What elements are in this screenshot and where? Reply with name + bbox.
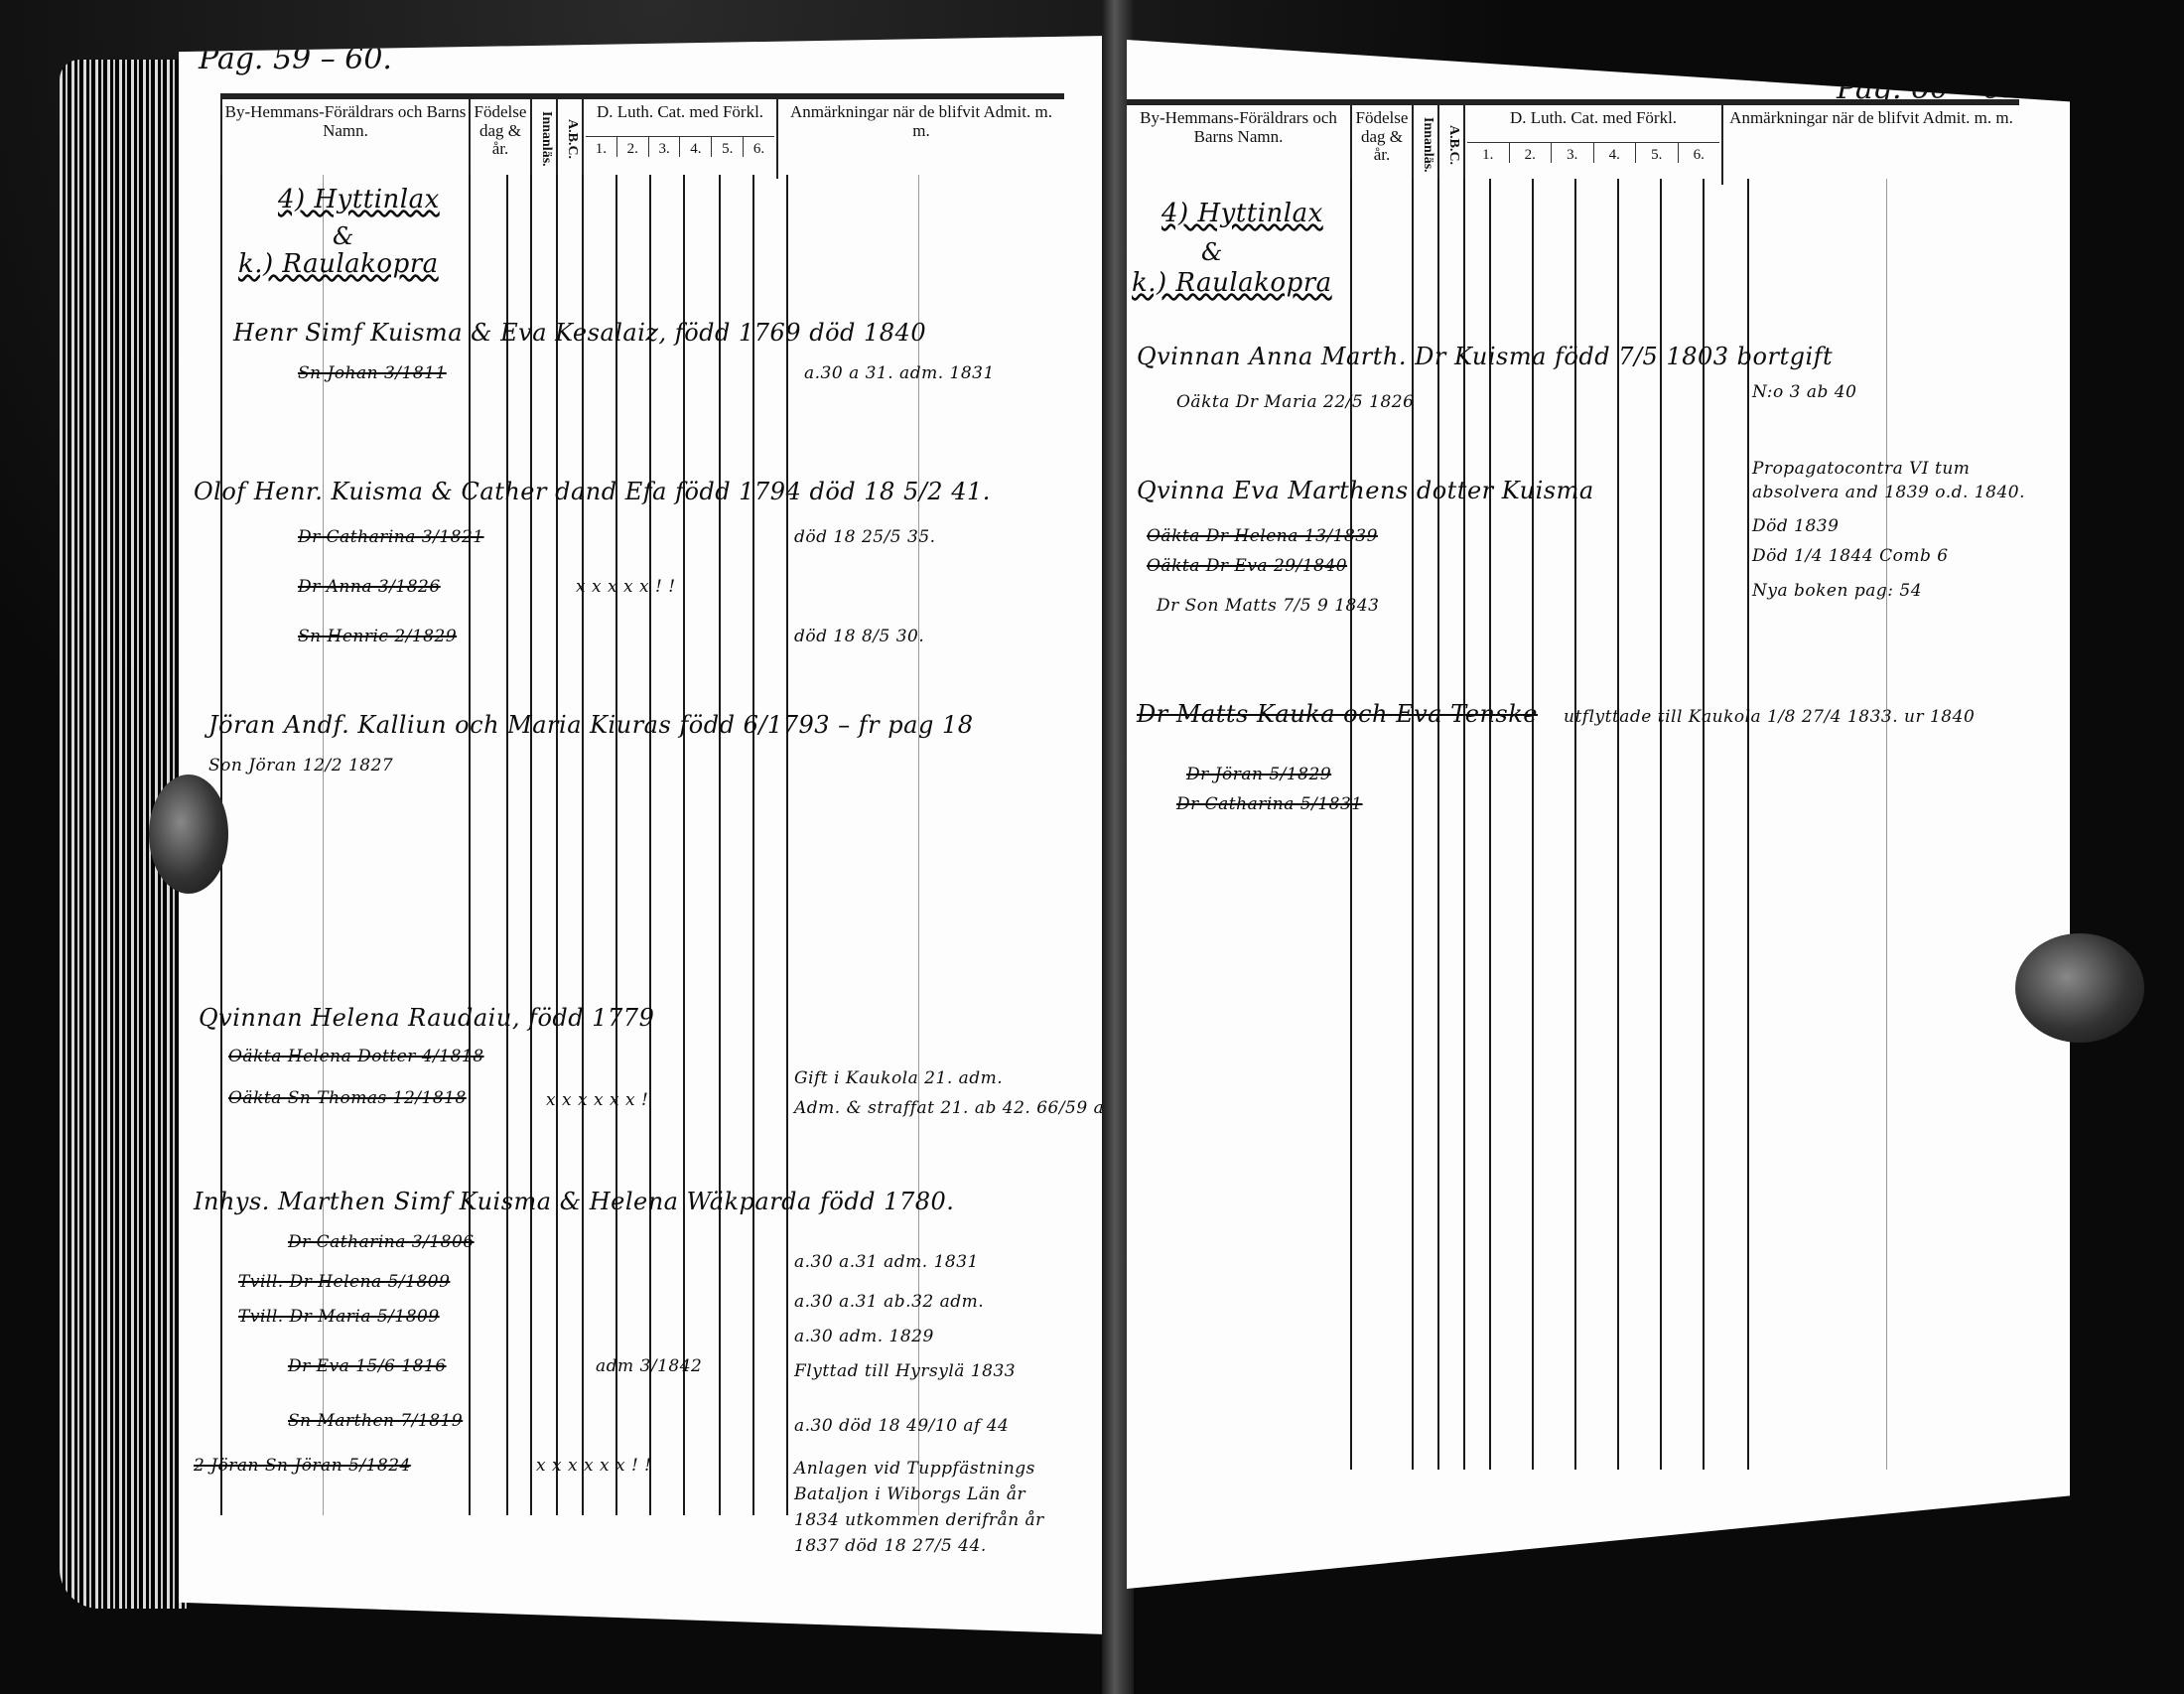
- right-header-row: By-Hemmans-Föräldrars och Barns Namn. Fö…: [1127, 99, 2019, 185]
- register-entry: Tvill. Dr Maria 5/1809: [238, 1307, 440, 1327]
- register-entry: Dr Son Matts 7/5 9 1843: [1157, 596, 1379, 616]
- entry-remark: Adm. & straffat 21. ab 42. 66/59 af 40 i…: [794, 1098, 1107, 1118]
- register-entry: Sn Henric 2/1829: [298, 627, 457, 646]
- entry-remark: Död 1/4 1844 Comb 6: [1752, 546, 1949, 566]
- column-rule: [752, 175, 754, 1515]
- column-rule: [506, 175, 508, 1515]
- column-rule: [1747, 179, 1749, 1470]
- column-rule: [786, 175, 788, 1515]
- register-entry: Qvinna Eva Marthens dotter Kuisma: [1137, 477, 1594, 504]
- cat-num-2: 2.: [1509, 143, 1552, 164]
- column-rule: [1574, 179, 1576, 1470]
- catechism-label: D. Luth. Cat. med Förkl.: [1467, 109, 1719, 128]
- register-entry: Sn Marthen 7/1819: [288, 1411, 463, 1431]
- column-rule: [582, 175, 584, 1515]
- entry-remark: a.30 död 18 49/10 af 44: [794, 1416, 1009, 1436]
- entry-remark: a.30 adm. 1829: [794, 1327, 934, 1346]
- register-entry: Dr Catharina 3/1806: [288, 1232, 475, 1252]
- catechism-label: D. Luth. Cat. med Förkl.: [586, 103, 774, 122]
- register-entry: Qvinnan Helena Raudaiu, född 1779: [199, 1004, 654, 1032]
- reading-column-header: Innanläs.: [530, 99, 556, 179]
- register-entry: Oäkta Helena Dotter 4/1818: [228, 1047, 484, 1066]
- column-rule: [1489, 179, 1491, 1470]
- right-page: Pag. 60 – 61. By-Hemmans-Föräldrars och …: [1127, 40, 2070, 1589]
- birth-column-header: Födelse dag & år.: [469, 99, 530, 179]
- register-entry: Dr Catharina 3/1821: [298, 527, 484, 547]
- column-rule: [530, 175, 532, 1515]
- remarks-column-header: Anmärkningar när de blifvit Admit. m. m.: [776, 99, 1064, 179]
- register-entry: Jöran Andf. Kalliun och Maria Kiuras föd…: [208, 711, 973, 739]
- reading-column-header: Innanläs.: [1412, 105, 1437, 185]
- section-ampersand: &: [333, 222, 354, 250]
- cat-num-3: 3.: [648, 137, 680, 158]
- register-entry: Qvinnan Anna Marth. Dr Kuisma född 7/5 1…: [1137, 343, 1833, 370]
- entry-remark: a.30 a 31. adm. 1831: [804, 363, 995, 383]
- column-rule: [1886, 179, 1887, 1470]
- catechism-marks: x x x x x x ! !: [536, 1456, 652, 1476]
- column-rule: [1412, 179, 1414, 1470]
- register-entry: Tvill. Dr Helena 5/1809: [238, 1272, 450, 1292]
- column-rule: [683, 175, 685, 1515]
- entry-remark: Gift i Kaukola 21. adm.: [794, 1068, 1003, 1088]
- names-column-header: By-Hemmans-Föräldrars och Barns Namn.: [220, 99, 469, 179]
- left-header-row: By-Hemmans-Föräldrars och Barns Namn. Fö…: [220, 93, 1064, 179]
- entry-remark: a.30 a.31 adm. 1831: [794, 1252, 979, 1272]
- register-entry: 2 Jöran Sn Jöran 5/1824: [194, 1456, 411, 1476]
- column-rule: [1437, 179, 1439, 1470]
- register-entry: Dr Jöran 5/1829: [1186, 765, 1331, 784]
- scanner-thumb-right: [2015, 933, 2144, 1043]
- register-entry: Oäkta Dr Eva 29/1840: [1147, 556, 1347, 576]
- entry-remark: Propagatocontra VI tum absolvera and 183…: [1752, 457, 2050, 504]
- section-ampersand: &: [1201, 238, 1223, 266]
- register-entry: Henr Simf Kuisma & Eva Kesalaiz, född 17…: [233, 319, 926, 347]
- register-entry: Dr Catharina 5/1831: [1176, 794, 1363, 814]
- left-page: Pag. 59 – 60. By-Hemmans-Föräldrars och …: [179, 36, 1107, 1634]
- entry-remark: utflyttade till Kaukola 1/8 27/4 1833. u…: [1564, 700, 2030, 734]
- entry-remark: N:o 3 ab 40: [1752, 382, 1856, 402]
- column-rule: [1617, 179, 1619, 1470]
- entry-remark: a.30 a.31 ab.32 adm.: [794, 1292, 984, 1312]
- cat-num-4: 4.: [1593, 143, 1636, 164]
- register-entry: Dr Matts Kauka och Eva Tenske: [1137, 700, 1538, 728]
- abc-column-header: A.B.C.: [1437, 105, 1463, 185]
- catechism-column-header: D. Luth. Cat. med Förkl. 1. 2. 3. 4. 5. …: [582, 99, 776, 179]
- cat-num-5: 5.: [1635, 143, 1678, 164]
- column-rule: [615, 175, 617, 1515]
- catechism-numbers: 1. 2. 3. 4. 5. 6.: [586, 136, 774, 158]
- abc-column-header: A.B.C.: [556, 99, 582, 179]
- catechism-marks: x x x x x x !: [546, 1090, 648, 1110]
- cat-num-6: 6.: [1678, 143, 1720, 164]
- entry-remark: Anlagen vid Tuppfästnings Bataljon i Wib…: [794, 1456, 1072, 1559]
- column-rule: [1703, 179, 1705, 1470]
- section-heading: 4) Hyttinlax: [278, 185, 440, 214]
- entry-remark: Nya boken pag: 54: [1752, 581, 1922, 601]
- register-entry: Olof Henr. Kuisma & Cather dand Efa född…: [194, 478, 991, 505]
- column-rule: [719, 175, 721, 1515]
- entry-remark: Flyttad till Hyrsylä 1833: [794, 1361, 1016, 1381]
- column-rule: [469, 175, 471, 1515]
- cat-num-1: 1.: [586, 137, 616, 158]
- register-entry: Inhys. Marthen Simf Kuisma & Helena Wäkp…: [194, 1188, 954, 1215]
- register-entry: Son Jöran 12/2 1827: [208, 756, 393, 776]
- names-column-header: By-Hemmans-Föräldrars och Barns Namn.: [1127, 105, 1350, 185]
- column-rule: [556, 175, 558, 1515]
- cat-num-1: 1.: [1467, 143, 1509, 164]
- column-rule: [1463, 179, 1465, 1470]
- cat-num-2: 2.: [616, 137, 648, 158]
- section-heading: k.) Raulakopra: [1132, 268, 1332, 298]
- remarks-column-header: Anmärkningar när de blifvit Admit. m. m.: [1721, 105, 2019, 185]
- entry-remark: död 18 25/5 35.: [794, 527, 936, 547]
- catechism-column-header: D. Luth. Cat. med Förkl. 1. 2. 3. 4. 5. …: [1463, 105, 1721, 185]
- cat-num-5: 5.: [711, 137, 743, 158]
- register-entry: Dr Anna 3/1826: [298, 577, 441, 597]
- catechism-numbers: 1. 2. 3. 4. 5. 6.: [1467, 142, 1719, 164]
- cat-num-4: 4.: [679, 137, 711, 158]
- section-heading: k.) Raulakopra: [238, 249, 439, 279]
- cat-num-6: 6.: [743, 137, 774, 158]
- column-rule: [1350, 179, 1352, 1470]
- column-rule: [1660, 179, 1662, 1470]
- scanner-thumb-left: [149, 775, 228, 894]
- birth-column-header: Födelse dag & år.: [1350, 105, 1412, 185]
- cat-num-3: 3.: [1551, 143, 1593, 164]
- entry-remark: död 18 8/5 30.: [794, 627, 924, 646]
- section-heading: 4) Hyttinlax: [1161, 199, 1323, 228]
- register-entry: Oäkta Sn Thomas 12/1818: [228, 1088, 467, 1108]
- register-entry: Dr Eva 15/6 1816: [288, 1356, 447, 1376]
- register-entry: Sn Johan 3/1811: [298, 363, 447, 383]
- entry-remark: Död 1839: [1752, 516, 1839, 536]
- column-rule: [1532, 179, 1534, 1470]
- column-rule: [649, 175, 651, 1515]
- register-entry: Oäkta Dr Maria 22/5 1826: [1176, 392, 1414, 412]
- catechism-marks: x x x x x ! !: [576, 577, 676, 597]
- register-entry: Oäkta Dr Helena 13/1839: [1147, 526, 1378, 546]
- admission-note: adm 3/1842: [596, 1356, 702, 1376]
